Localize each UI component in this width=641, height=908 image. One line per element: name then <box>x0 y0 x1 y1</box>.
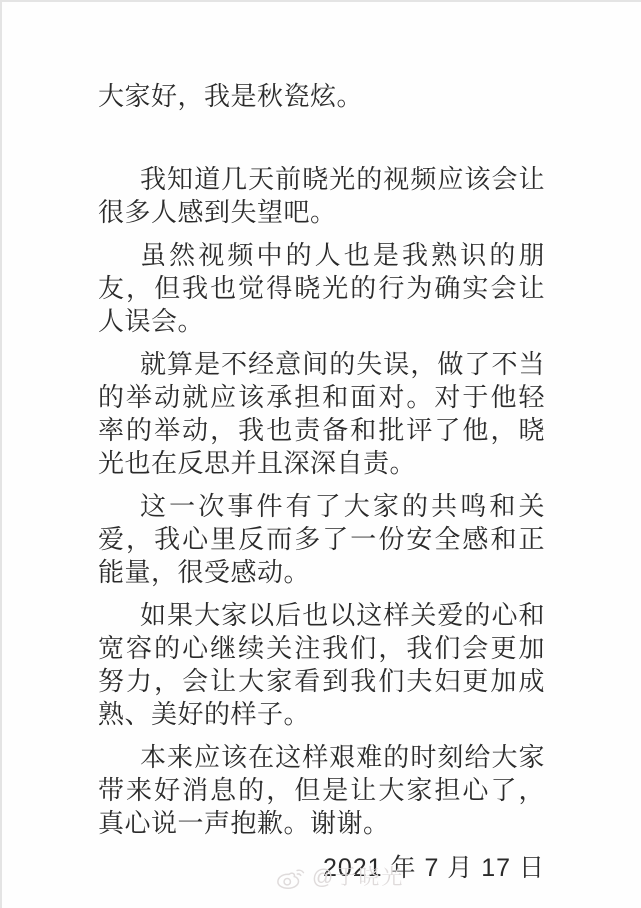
paragraph: 我知道几天前晓光的视频应该会让很多人感到失望吧。 <box>98 163 545 229</box>
paragraph: 虽然视频中的人也是我熟识的朋友，但我也觉得晓光的行为确实会让人误会。 <box>98 239 545 338</box>
watermark: @于晓光 <box>276 864 404 891</box>
weibo-icon <box>276 864 306 891</box>
letter-body: 我知道几天前晓光的视频应该会让很多人感到失望吧。 虽然视频中的人也是我熟识的朋友… <box>98 163 545 840</box>
watermark-text: @于晓光 <box>312 867 404 888</box>
paragraph: 就算是不经意间的失误，做了不当的举动就应该承担和面对。对于他轻率的举动，我也责备… <box>98 348 545 480</box>
greeting-line: 大家好，我是秋瓷炫。 <box>98 80 545 113</box>
paragraph: 本来应该在这样艰难的时刻给大家带来好消息的，但是让大家担心了，真心说一声抱歉。谢… <box>98 741 545 840</box>
screenshot-root: { "colors": { "background": "#fefefe", "… <box>0 0 641 908</box>
paragraph: 这一次事件有了大家的共鸣和关爱，我心里反而多了一份安全感和正能量，很受感动。 <box>98 490 545 589</box>
letter-page: 大家好，我是秋瓷炫。 我知道几天前晓光的视频应该会让很多人感到失望吧。 虽然视频… <box>0 0 641 908</box>
paragraph: 如果大家以后也以这样关爱的心和宽容的心继续关注我们，我们会更加努力，会让大家看到… <box>98 599 545 731</box>
